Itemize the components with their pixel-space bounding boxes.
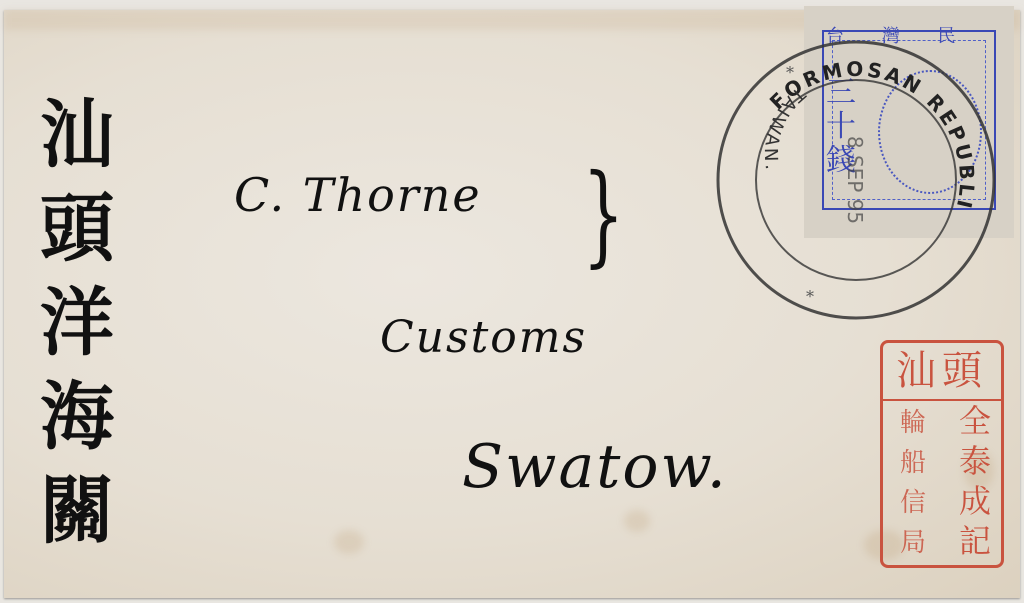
char: 洋 bbox=[22, 276, 132, 370]
star-icon: * bbox=[786, 63, 794, 82]
chinese-address-column: 汕 頭 洋 海 關 bbox=[22, 88, 132, 558]
postmark-lower-text: TAIWAN. bbox=[735, 81, 831, 183]
foxing-stain bbox=[624, 510, 650, 532]
addressee-city: Swatow. bbox=[462, 432, 728, 502]
char: 關 bbox=[22, 464, 132, 558]
star-icon: * bbox=[806, 287, 814, 306]
forwarding-agent-chop: 汕頭 全 泰 成 記 輪 船 信 局 bbox=[880, 340, 1004, 568]
addressee-name: C. Thorne bbox=[234, 168, 482, 222]
addressee-department: Customs bbox=[380, 312, 587, 363]
char: 海 bbox=[22, 370, 132, 464]
char: 頭 bbox=[22, 182, 132, 276]
foxing-stain bbox=[334, 530, 364, 554]
char: 汕 bbox=[22, 88, 132, 182]
postmark-date: 8 SEP 95 bbox=[843, 136, 867, 224]
chop-left-column: 輪 船 信 局 bbox=[893, 403, 933, 563]
address-brace: } bbox=[582, 150, 625, 278]
chop-header: 汕頭 bbox=[883, 343, 1001, 401]
chop-right-column: 全 泰 成 記 bbox=[955, 401, 995, 561]
postmark-cancellation: FORMOSAN REPUBLIC. TAIWAN. 8 SEP 95 * * bbox=[714, 38, 998, 322]
